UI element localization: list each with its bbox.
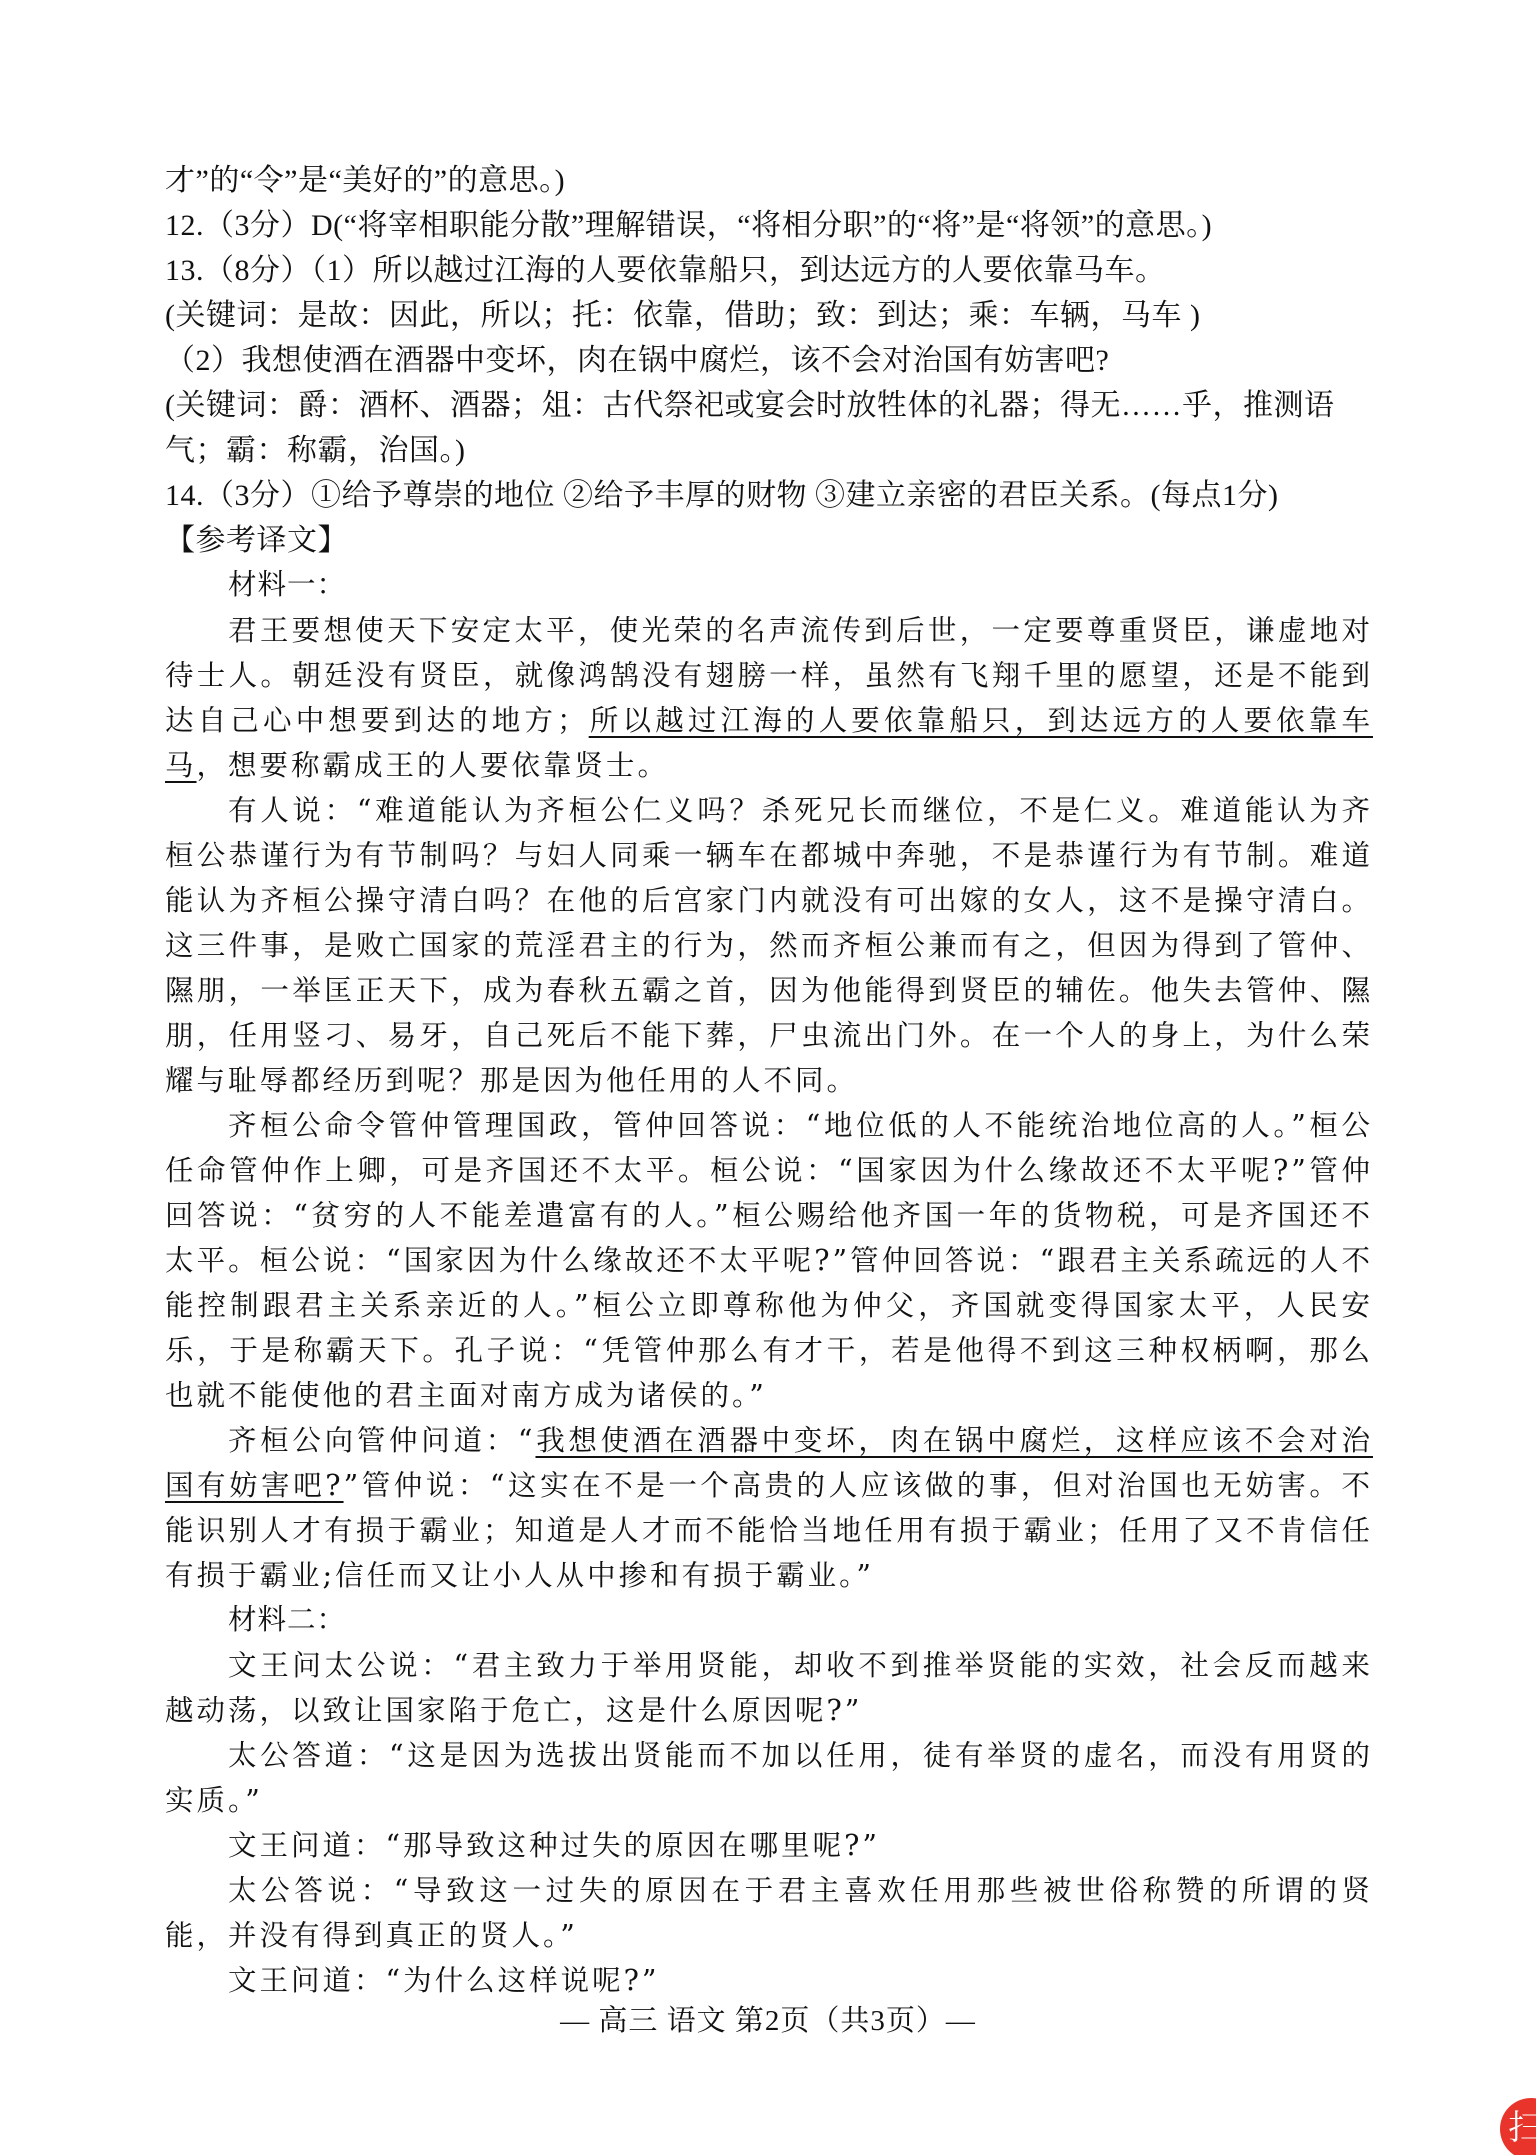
paragraph-text: ，想要称霸成王的人要依靠贤士。: [197, 749, 670, 782]
page-footer: — 高三 语文 第2页（共3页）—: [0, 1998, 1536, 2039]
answer-q14: 14.（3分）①给予尊崇的地位 ②给予丰厚的财物 ③建立亲密的君臣关系。(每点1…: [165, 473, 1373, 518]
reference-translation: 材料一： 君王要想使天下安定太平，使光荣的名声流传到后世，一定要尊重贤臣，谦虚地…: [165, 563, 1373, 2003]
answer-key-section: 才”的“令”是“美好的”的意思。) 12.（3分）D(“将宰相职能分散”理解错误…: [165, 158, 1373, 563]
material-one-label: 材料一：: [165, 563, 1373, 608]
answer-q13-part2: （2）我想使酒在酒器中变坏，肉在锅中腐烂，该不会对治国有妨害吧?: [165, 338, 1373, 383]
document-page: 才”的“令”是“美好的”的意思。) 12.（3分）D(“将宰相职能分散”理解错误…: [0, 0, 1536, 2155]
material-one-paragraph-2: 有人说：“难道能认为齐桓公仁义吗？杀死兄长而继位，不是仁义。难道能认为齐桓公恭谨…: [165, 788, 1373, 1103]
material-two-paragraph-3: 文王问道：“那导致这种过失的原因在哪里呢?”: [165, 1823, 1373, 1868]
answer-line-continuation: 才”的“令”是“美好的”的意思。): [165, 158, 1373, 203]
material-two-paragraph-1: 文王问太公说：“君主致力于举用贤能，却收不到推举贤能的实效，社会反而越来越动荡，…: [165, 1643, 1373, 1733]
page-content: 才”的“令”是“美好的”的意思。) 12.（3分）D(“将宰相职能分散”理解错误…: [165, 158, 1373, 2003]
material-two-paragraph-5: 文王问道：“为什么这样说呢?”: [165, 1958, 1373, 2003]
scan-badge-icon[interactable]: 扫: [1500, 2098, 1536, 2155]
answer-q13-part1-keywords: (关键词：是故：因此，所以；托：依靠，借助；致：到达；乘：车辆，马车 ): [165, 293, 1373, 338]
material-two-paragraph-2: 太公答道：“这是因为选拔出贤能而不加以任用，徒有举贤的虚名，而没有用贤的实质。”: [165, 1733, 1373, 1823]
material-one-paragraph-3: 齐桓公命令管仲管理国政，管仲回答说：“地位低的人不能统治地位高的人。”桓公任命管…: [165, 1103, 1373, 1418]
material-two-label: 材料二：: [165, 1598, 1373, 1643]
material-two-paragraph-4: 太公答说：“导致这一过失的原因在于君主喜欢任用那些被世俗称赞的所谓的贤能，并没有…: [165, 1868, 1373, 1958]
paragraph-text: 齐桓公向管仲问道：“: [228, 1424, 535, 1457]
material-one-paragraph-1: 君王要想使天下安定太平，使光荣的名声流传到后世，一定要尊重贤臣，谦虚地对待士人。…: [165, 608, 1373, 788]
answer-q12: 12.（3分）D(“将宰相职能分散”理解错误，“将相分职”的“将”是“将领”的意…: [165, 203, 1373, 248]
material-one-paragraph-4: 齐桓公向管仲问道：“我想使酒在酒器中变坏，肉在锅中腐烂，这样应该不会对治国有妨害…: [165, 1418, 1373, 1598]
paragraph-text: ”管仲说：“这实在不是一个高贵的人应该做的事，但对治国也无妨害。不能识别人才有损…: [165, 1469, 1373, 1592]
reference-translation-heading: 【参考译文】: [165, 518, 1373, 563]
answer-q13-part2-keywords: (关键词：爵：酒杯、酒器；俎：古代祭祀或宴会时放牲体的礼器；得无……乎，推测语气…: [165, 383, 1373, 473]
answer-q13-part1: 13.（8分）（1）所以越过江海的人要依靠船只，到达远方的人要依靠马车。: [165, 248, 1373, 293]
